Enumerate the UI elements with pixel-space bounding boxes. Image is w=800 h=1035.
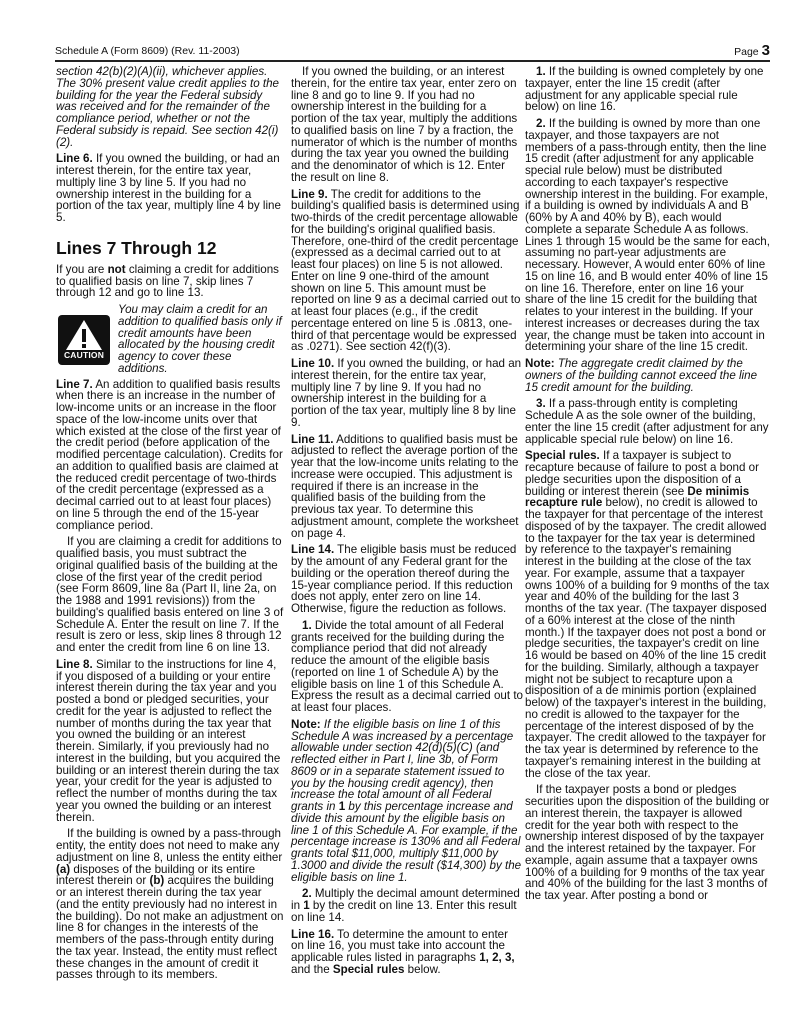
line-8-instructions: Line 8. Similar to the instructions for … [56, 659, 284, 824]
caution-box: CAUTION You may claim a credit for an ad… [56, 304, 284, 375]
caution-text: You may claim a credit for an addition t… [118, 304, 284, 375]
line-14-note: Note: If the eligible basis on line 1 of… [291, 719, 523, 884]
line-14-step-2: 2. Multiply the decimal amount determine… [291, 888, 523, 923]
line-7-continued: If you are claiming a credit for additio… [56, 536, 284, 654]
special-rules: Special rules. If a taxpayer is subject … [525, 450, 770, 779]
line-11-instructions: Line 11. Additions to qualified basis mu… [291, 434, 523, 540]
line-16-instructions: Line 16. To determine the amount to ente… [291, 929, 523, 976]
line-14-step-1: 1. Divide the total amount of all Federa… [291, 620, 523, 714]
aggregate-credit-note: Note: The aggregate credit claimed by th… [525, 358, 770, 393]
line-9-instructions: Line 9. The credit for additions to the … [291, 189, 523, 354]
column-3: 1. If the building is owned completely b… [525, 66, 770, 907]
line-6-instructions: Line 6. If you owned the building, or ha… [56, 153, 284, 224]
line-8-continued: If you owned the building, or an interes… [291, 66, 523, 184]
line-14-instructions: Line 14. The eligible basis must be redu… [291, 544, 523, 615]
page-header: Schedule A (Form 8609) (Rev. 11-2003) Pa… [55, 42, 770, 62]
pass-through-paragraph: If the building is owned by a pass-throu… [56, 828, 284, 981]
rule-3: 3. If a pass-through entity is completin… [525, 398, 770, 445]
column-2: If you owned the building, or an interes… [291, 66, 523, 981]
section-heading: Lines 7 Through 12 [56, 238, 284, 258]
bond-paragraph: If the taxpayer posts a bond or pledges … [525, 784, 770, 902]
line-7-instructions: Line 7. An addition to qualified basis r… [56, 379, 284, 532]
intro-paragraph: section 42(b)(2)(A)(ii), whichever appli… [56, 66, 284, 148]
rule-2: 2. If the building is owned by more than… [525, 118, 770, 353]
rule-1: 1. If the building is owned completely b… [525, 66, 770, 113]
caution-triangle-icon: CAUTION [58, 315, 110, 365]
form-title: Schedule A (Form 8609) (Rev. 11-2003) [55, 45, 240, 57]
column-1: section 42(b)(2)(A)(ii), whichever appli… [56, 66, 284, 986]
line-10-instructions: Line 10. If you owned the building, or h… [291, 358, 523, 429]
page-number: Page3 [734, 42, 770, 59]
not-claiming-paragraph: If you are not claiming a credit for add… [56, 264, 284, 299]
